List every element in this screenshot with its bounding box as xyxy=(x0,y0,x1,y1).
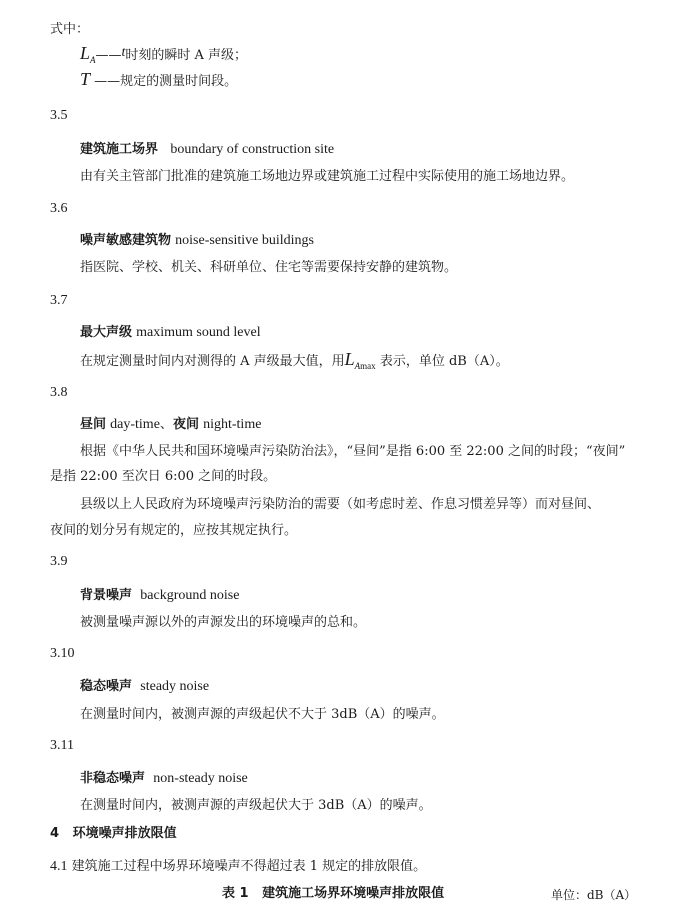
definition-text: 根据《中华人民共和国环境噪声污染防治法》，“昼间”是指 6:00 至 22:00… xyxy=(80,444,625,460)
term-en: boundary of construction site xyxy=(170,142,334,157)
term-en: day-time xyxy=(110,417,160,432)
text-before: 在规定测量时间内对测得的 A 声级最大值，用 xyxy=(80,354,345,369)
symbol-l: L xyxy=(80,43,90,63)
symbol-t: T xyxy=(80,69,90,89)
definition-term: 非稳态噪声 non-steady noise xyxy=(80,771,248,787)
term-zh: 噪声敏感建筑物 xyxy=(80,233,171,248)
term-zh: 建筑施工场界 xyxy=(80,142,158,157)
formula-legend-la: LA——t时刻的瞬时 A 声级； xyxy=(80,45,247,68)
definition-text: 是指 22:00 至次日 6:00 之间的时段。 xyxy=(50,469,276,485)
symbol-l: L xyxy=(345,349,355,369)
legend-text: 时刻的瞬时 A 声级； xyxy=(125,48,247,63)
term-zh: 昼间 xyxy=(80,417,106,432)
legend-text: 规定的测量时间段。 xyxy=(120,74,237,89)
table-caption: 表 1 建筑施工场界环境噪声排放限值 xyxy=(222,886,444,902)
clause-number: 3.5 xyxy=(50,108,68,124)
definition-term: 昼间 day-time、夜间 night-time xyxy=(80,417,261,433)
subscript-max: max xyxy=(360,361,376,371)
clause-number: 3.11 xyxy=(50,738,74,754)
definition-term: 稳态噪声 steady noise xyxy=(80,679,209,695)
term-zh: 最大声级 xyxy=(80,325,132,340)
text-after: 表示，单位 dB（A）。 xyxy=(380,354,509,369)
definition-text: 夜间的划分另有规定的，应按其规定执行。 xyxy=(50,523,297,539)
term-en: noise-sensitive buildings xyxy=(175,233,314,248)
definition-text: 在测量时间内，被测声源的声级起伏不大于 3dB（A）的噪声。 xyxy=(80,707,445,723)
clause-number: 3.10 xyxy=(50,646,75,662)
clause-number: 3.7 xyxy=(50,293,68,309)
definition-text: 由有关主管部门批准的建筑施工场地边界或建筑施工过程中实际使用的施工场地边界。 xyxy=(80,169,574,185)
term-en: steady noise xyxy=(140,679,209,694)
term-en: background noise xyxy=(140,588,239,603)
section-title: 环境噪声排放限值 xyxy=(73,826,177,841)
section-heading: 4 环境噪声排放限值 xyxy=(50,826,177,842)
definition-term: 噪声敏感建筑物 noise-sensitive buildings xyxy=(80,233,314,249)
term-en: maximum sound level xyxy=(136,325,260,340)
formula-legend-t: T ——规定的测量时间段。 xyxy=(80,71,237,90)
term-zh: 背景噪声 xyxy=(80,588,132,603)
clause-number: 3.8 xyxy=(50,385,68,401)
clause-4-1: 4.1 建筑施工过程中场界环境噪声不得超过表 1 规定的排放限值。 xyxy=(50,859,426,875)
clause-text: 建筑施工过程中场界环境噪声不得超过表 1 规定的排放限值。 xyxy=(72,859,427,874)
clause-number: 3.9 xyxy=(50,554,68,570)
clause-number: 3.6 xyxy=(50,201,68,217)
term-en: non-steady noise xyxy=(153,771,247,786)
formula-intro: 式中： xyxy=(50,22,89,38)
term-en-2: night-time xyxy=(203,417,261,432)
term-zh: 稳态噪声 xyxy=(80,679,132,694)
definition-text: 县级以上人民政府为环境噪声污染防治的需要（如考虑时差、作息习惯差异等）而对昼间、 xyxy=(80,497,600,513)
definition-text: 被测量噪声源以外的声源发出的环境噪声的总和。 xyxy=(80,615,366,631)
definition-text: 在规定测量时间内对测得的 A 声级最大值，用LAmax 表示，单位 dB（A）。 xyxy=(80,351,509,374)
definition-term: 建筑施工场界 boundary of construction site xyxy=(80,142,334,158)
clause-number: 4.1 xyxy=(50,859,68,874)
separator: 、 xyxy=(160,417,173,432)
term-zh-2: 夜间 xyxy=(173,417,199,432)
section-number: 4 xyxy=(50,826,59,841)
dash: —— xyxy=(96,48,122,63)
term-zh: 非稳态噪声 xyxy=(80,771,145,786)
definition-text: 在测量时间内，被测声源的声级起伏大于 3dB（A）的噪声。 xyxy=(80,798,432,814)
definition-text: 指医院、学校、机关、科研单位、住宅等需要保持安静的建筑物。 xyxy=(80,260,457,276)
dash: —— xyxy=(90,74,120,89)
definition-term: 最大声级 maximum sound level xyxy=(80,325,261,341)
definition-term: 背景噪声 background noise xyxy=(80,588,239,604)
table-unit: 单位：dB（A） xyxy=(551,887,636,903)
